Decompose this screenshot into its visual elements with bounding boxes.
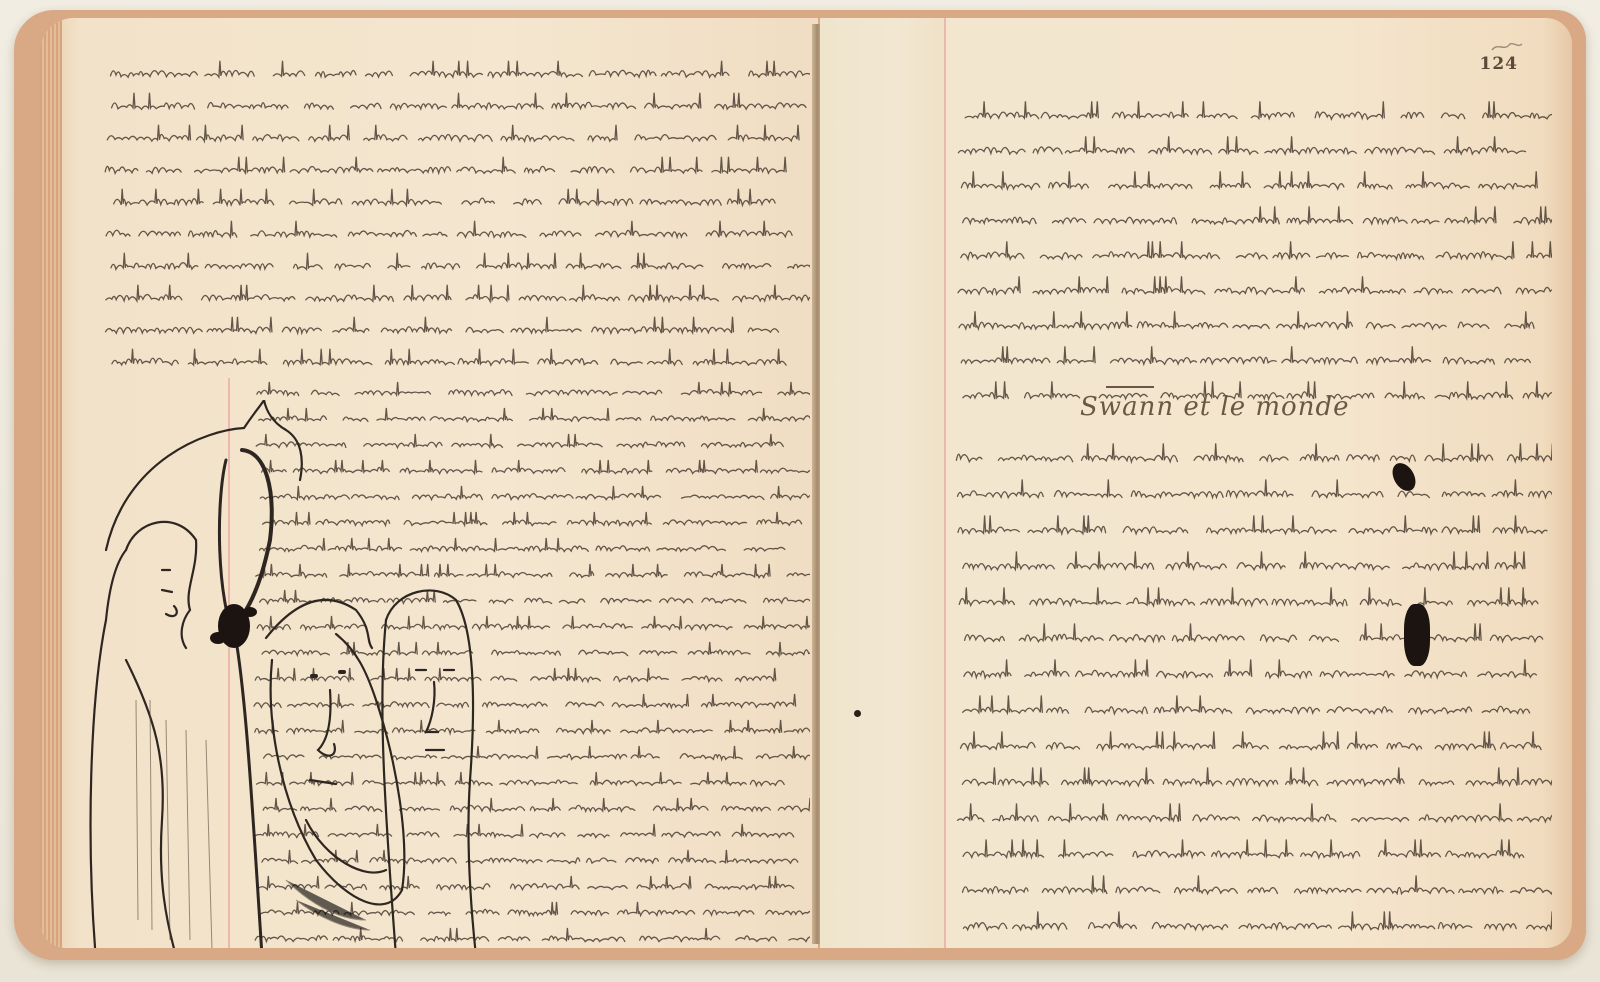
handwritten-line [952,582,1552,618]
handwritten-line [100,312,810,344]
handwritten-line [100,216,810,248]
page-number: 124 [1480,54,1519,74]
handwritten-line [100,344,810,376]
handwritten-line [952,438,1552,474]
handwritten-line [952,726,1552,762]
handwritten-line [952,870,1552,906]
handwritten-line [952,546,1552,582]
photo-background: pen drawing of four stylized faces 124 S… [0,0,1600,982]
handwritten-line [952,201,1552,236]
blank-binding-strip [820,18,946,948]
handwritten-line [100,152,810,184]
handwritten-line [952,798,1552,834]
handwritten-line [952,166,1552,201]
left-upper-text [100,56,810,376]
face-sketch-drawing [66,400,486,948]
heading-overline [1106,386,1154,388]
handwritten-line [952,906,1552,942]
handwritten-line [952,236,1552,271]
handwritten-line [952,834,1552,870]
handwritten-line [100,88,810,120]
right-lower-text [952,438,1552,942]
handwritten-line [952,510,1552,546]
right-page: 124 Swann et le monde [820,18,1572,948]
handwritten-line [952,96,1552,131]
handwritten-line [952,654,1552,690]
ink-dot [854,710,861,717]
handwritten-line [952,271,1552,306]
handwritten-line [952,690,1552,726]
handwritten-line [952,618,1552,654]
handwritten-line [952,474,1552,510]
handwritten-line [952,341,1552,376]
handwritten-line [952,131,1552,166]
handwritten-line [952,762,1552,798]
handwritten-line [100,184,810,216]
ink-blot [1404,604,1430,666]
left-page: pen drawing of four stylized faces [40,18,818,948]
right-margin-rule [944,18,946,948]
pencil-annotation [1490,40,1524,54]
open-notebook: pen drawing of four stylized faces 124 S… [14,10,1586,960]
handwritten-line [100,248,810,280]
handwritten-line [100,120,810,152]
handwritten-line [100,280,810,312]
section-heading: Swann et le monde [1080,392,1349,422]
right-upper-text [952,96,1552,411]
handwritten-line [100,56,810,88]
page-edges [40,18,62,948]
handwritten-line [952,306,1552,341]
